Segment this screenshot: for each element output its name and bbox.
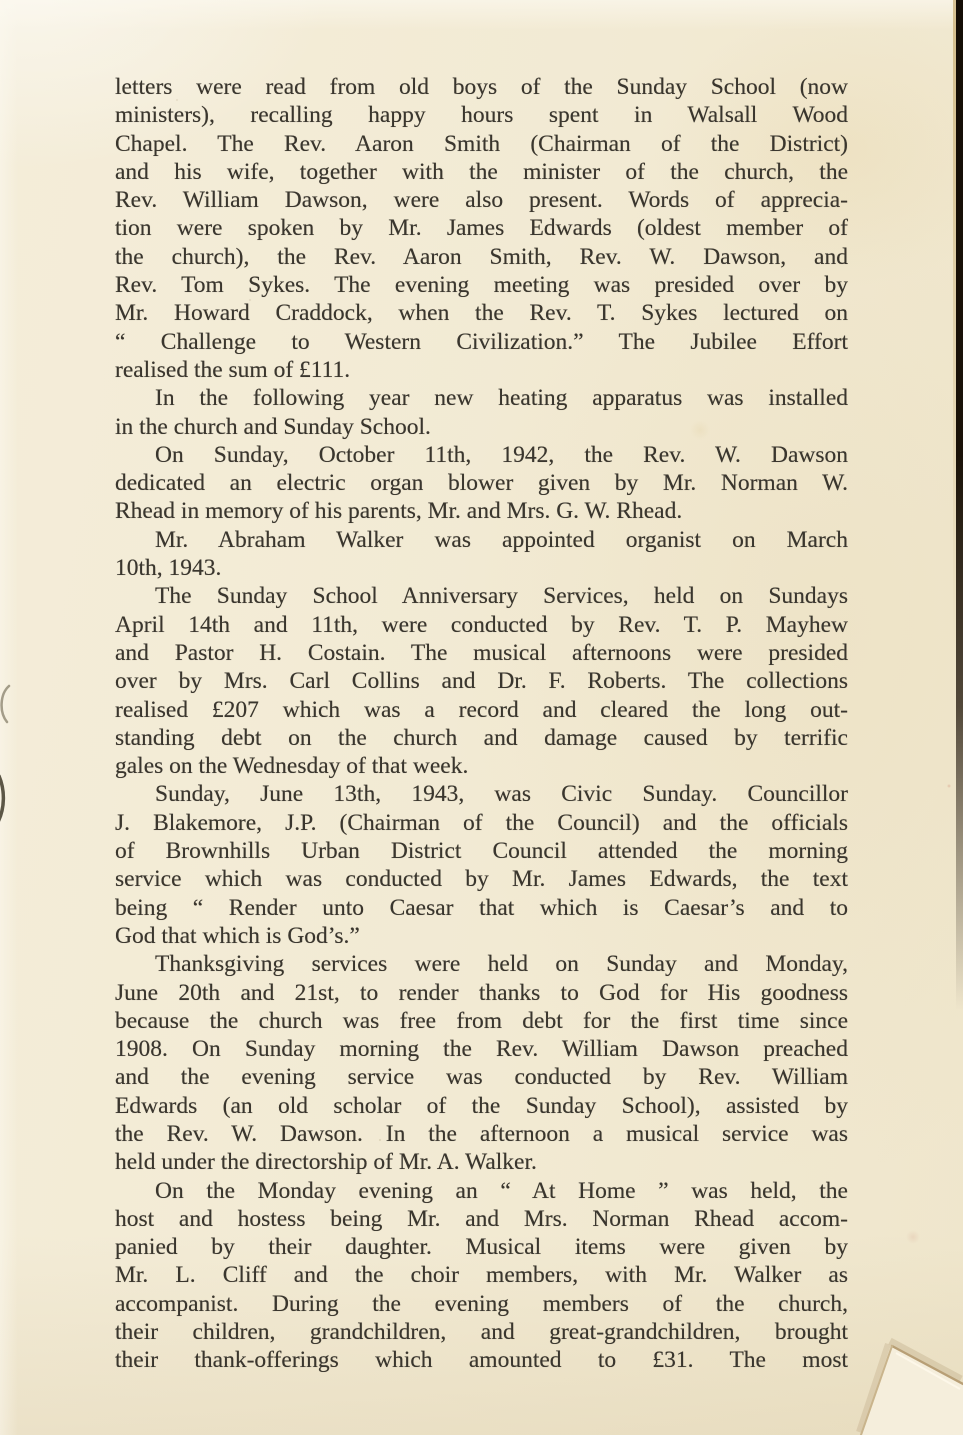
paragraph: In the following year new heating appara… xyxy=(115,384,848,441)
text-line: The Sunday School Anniversary Services, … xyxy=(115,582,848,610)
text-line: tion were spoken by Mr. James Edwards (o… xyxy=(115,214,848,242)
text-line: April 14th and 11th, were conducted by R… xyxy=(115,611,848,639)
paragraph: On Sunday, October 11th, 1942, the Rev. … xyxy=(115,441,848,526)
text-line: and Pastor H. Costain. The musical after… xyxy=(115,639,848,667)
text-line: Mr. Abraham Walker was appointed organis… xyxy=(115,526,848,554)
text-line: God that which is God’s.” xyxy=(115,922,848,950)
page-text: letters were read from old boys of the S… xyxy=(115,73,848,1375)
text-line: host and hostess being Mr. and Mrs. Norm… xyxy=(115,1205,848,1233)
text-line: Edwards (an old scholar of the Sunday Sc… xyxy=(115,1092,848,1120)
text-line: letters were read from old boys of the S… xyxy=(115,73,848,101)
scanned-page: letters were read from old boys of the S… xyxy=(0,0,963,1435)
text-line: service which was conducted by Mr. James… xyxy=(115,865,848,893)
text-line: standing debt on the church and damage c… xyxy=(115,724,848,752)
text-line: realised £207 which was a record and cle… xyxy=(115,696,848,724)
paragraph: Mr. Abraham Walker was appointed organis… xyxy=(115,526,848,583)
text-line: their children, grandchildren, and great… xyxy=(115,1318,848,1346)
paragraph: On the Monday evening an “ At Home ” was… xyxy=(115,1177,848,1375)
text-line: On the Monday evening an “ At Home ” was… xyxy=(115,1177,848,1205)
text-line: Chapel. The Rev. Aaron Smith (Chairman o… xyxy=(115,130,848,158)
text-line: of Brownhills Urban District Council att… xyxy=(115,837,848,865)
page-edge-shadow xyxy=(956,0,963,1010)
text-line: dedicated an electric organ blower given… xyxy=(115,469,848,497)
paragraph: letters were read from old boys of the S… xyxy=(115,73,848,384)
text-line: being “ Render unto Caesar that which is… xyxy=(115,894,848,922)
text-line: On Sunday, October 11th, 1942, the Rev. … xyxy=(115,441,848,469)
text-line: panied by their daughter. Musical items … xyxy=(115,1233,848,1261)
text-line: in the church and Sunday School. xyxy=(115,413,848,441)
text-line: 1908. On Sunday morning the Rev. William… xyxy=(115,1035,848,1063)
text-line: held under the directorship of Mr. A. Wa… xyxy=(115,1148,848,1176)
text-line: because the church was free from debt fo… xyxy=(115,1007,848,1035)
text-line: Thanksgiving services were held on Sunda… xyxy=(115,950,848,978)
text-line: the church), the Rev. Aaron Smith, Rev. … xyxy=(115,243,848,271)
text-line: ministers), recalling happy hours spent … xyxy=(115,101,848,129)
text-line: Rev. William Dawson, were also present. … xyxy=(115,186,848,214)
text-line: 10th, 1943. xyxy=(115,554,848,582)
text-line: In the following year new heating appara… xyxy=(115,384,848,412)
text-line: over by Mrs. Carl Collins and Dr. F. Rob… xyxy=(115,667,848,695)
corner-fold xyxy=(822,1324,963,1435)
text-line: their thank-offerings which amounted to … xyxy=(115,1346,848,1374)
paragraph: Sunday, June 13th, 1943, was Civic Sunda… xyxy=(115,780,848,950)
ink-mark xyxy=(0,774,9,824)
text-line: accompanist. During the evening members … xyxy=(115,1290,848,1318)
text-line: Mr. L. Cliff and the choir members, with… xyxy=(115,1261,848,1289)
text-line: and his wife, together with the minister… xyxy=(115,158,848,186)
text-line: gales on the Wednesday of that week. xyxy=(115,752,848,780)
paragraph: Thanksgiving services were held on Sunda… xyxy=(115,950,848,1176)
text-line: “ Challenge to Western Civilization.” Th… xyxy=(115,328,848,356)
text-line: the Rev. W. Dawson. In the afternoon a m… xyxy=(115,1120,848,1148)
text-line: realised the sum of £111. xyxy=(115,356,848,384)
text-line: Sunday, June 13th, 1943, was Civic Sunda… xyxy=(115,780,848,808)
ink-mark xyxy=(0,684,13,724)
text-line: Mr. Howard Craddock, when the Rev. T. Sy… xyxy=(115,299,848,327)
text-line: and the evening service was conducted by… xyxy=(115,1063,848,1091)
text-line: Rev. Tom Sykes. The evening meeting was … xyxy=(115,271,848,299)
paragraph: The Sunday School Anniversary Services, … xyxy=(115,582,848,780)
text-line: June 20th and 21st, to render thanks to … xyxy=(115,979,848,1007)
text-line: J. Blakemore, J.P. (Chairman of the Coun… xyxy=(115,809,848,837)
text-line: Rhead in memory of his parents, Mr. and … xyxy=(115,497,848,525)
